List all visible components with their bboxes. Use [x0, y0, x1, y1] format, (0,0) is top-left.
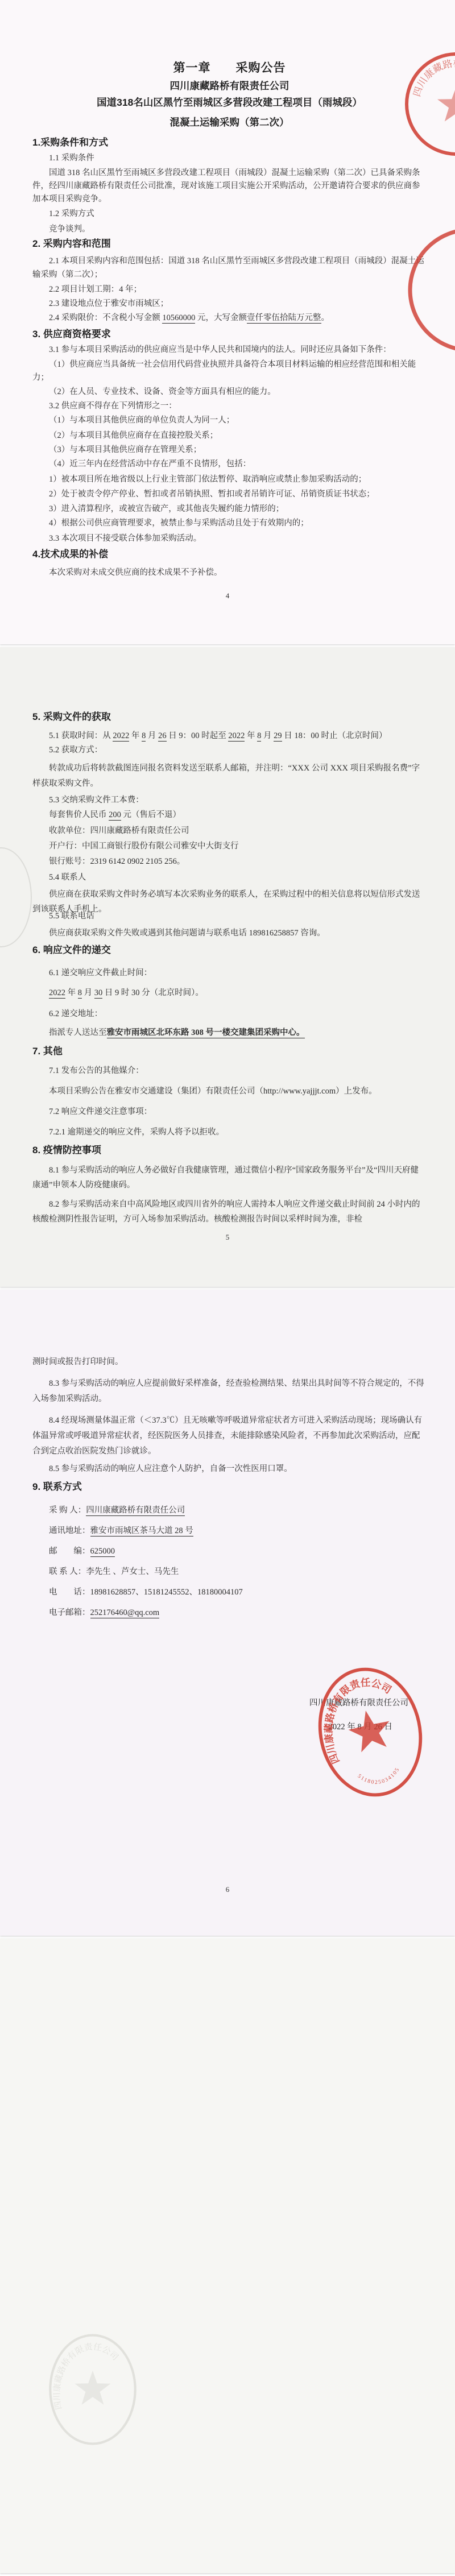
- section-6-heading: 6. 响应文件的递交: [32, 944, 427, 956]
- section-7-2-1-line: 7.2.1 逾期递交的响应文件，采购人将予以拒收。: [32, 1126, 427, 1139]
- section-3-2-item-1: （1）与本项目其他供应商的单位负责人为同一人；: [32, 414, 427, 427]
- page-number-4: 4: [0, 591, 455, 600]
- procurement-subtitle-line: 混凝土运输采购（第二次）: [32, 116, 427, 129]
- contact-label: 联 系 人：: [49, 1567, 86, 1576]
- section-2-3-line: 2.3 建设地点位于雅安市雨城区；: [32, 297, 427, 310]
- project-title-line: 国道318名山区黑竹至雨城区多营段改建工程项目（雨城段）: [32, 96, 427, 109]
- contact-value: 625000: [90, 1547, 115, 1557]
- section-3-heading: 3. 供应商资格要求: [32, 328, 427, 341]
- section-3-2-subitem-1: 1）被本项目所在地省级以上行业主管部门依法暂停、取消响应或禁止参加采购活动的；: [32, 473, 427, 486]
- section-8-5-line: 8.5 参与采购活动的响应人应注意个人防护，自备一次性医用口罩。: [32, 1461, 427, 1477]
- section-8-1-paragraph: 8.1 参与采购活动的响应人务必做好自我健康管理，通过微信小程序“国家政务服务平…: [32, 1163, 427, 1192]
- contact-label: 通讯地址：: [49, 1526, 90, 1535]
- section-5-2-label: 5.2 获取方式：: [32, 744, 427, 757]
- contact-label: 邮 编：: [49, 1547, 90, 1556]
- section-8-4-paragraph: 8.4 经现场测量体温正常（＜37.3℃）且无咳嗽等呼吸道异常症状者方可进入采购…: [32, 1413, 427, 1459]
- chapter-title: 第一章 采购公告: [32, 61, 427, 74]
- submission-address-line: 指派专人送达至雅安市雨城区北环东路 308 号一楼交建集团采购中心。: [32, 1026, 427, 1039]
- section-8-heading: 8. 疫情防控事项: [32, 1144, 427, 1157]
- company-seal-stamp-partial-top: 四川康藏路桥有限责任公司: [403, 50, 455, 158]
- section-3-3-line: 3.3 本次项目不接受联合体参加采购活动。: [32, 532, 427, 545]
- section-7-1-label: 7.1 发布公告的其他媒介：: [32, 1065, 427, 1078]
- section-2-1-paragraph: 2.1 本项目采购内容和范围包括：国道 318 名山区黑竹至雨城区多营段改建工程…: [32, 254, 427, 281]
- section-4-paragraph: 本次采购对未成交供应商的技术成果不予补偿。: [32, 566, 427, 579]
- contact-label: 采 购 人：: [49, 1506, 86, 1515]
- contact-row-address: 通讯地址：雅安市雨城区茶马大道 28 号: [32, 1525, 427, 1538]
- section-3-2-subitem-2: 2）处于被责令停产停业、暂扣或者吊销执照、暂扣或者吊销许可证、吊销资质证书状态；: [32, 488, 427, 501]
- payee-line: 收款单位：四川康藏路桥有限责任公司: [32, 825, 427, 838]
- page-number-5: 5: [0, 1233, 455, 1242]
- svg-text:5118025034105: 5118025034105: [355, 1765, 403, 1790]
- section-1-2-label: 1.2 采购方式: [32, 208, 427, 221]
- contact-row-persons: 联 系 人：李先生 、芦女士、马先生: [32, 1566, 427, 1579]
- contact-label: 电 话：: [49, 1588, 90, 1597]
- section-3-2-subitem-4: 4）根据公司供应商管理要求，被禁止参与采购活动且处于有效期内的；: [32, 517, 427, 530]
- section-3-2-subitem-3: 3）进入清算程序，或被宣告破产，或其他丧失履约能力情形的；: [32, 503, 427, 516]
- section-5-3-label: 5.3 交纳采购文件工本费：: [32, 794, 427, 807]
- submission-deadline-line: 2022 年 8 月 30 日 9 时 30 分（北京时间）。: [32, 987, 427, 1000]
- section-3-2-item-4: （4）近三年内在经营活动中存在严重不良情形，包括：: [32, 458, 427, 471]
- svg-text:四川康藏路桥有限责任公司: 四川康藏路桥有限责任公司: [312, 1671, 407, 1766]
- section-5-1-line: 5.1 获取时间：从 2022 年 8 月 26 日 9：00 时起至 2022…: [32, 730, 427, 743]
- section-1-1-label: 1.1 采购条件: [32, 152, 427, 165]
- section-6-1-label: 6.1 递交响应文件截止时间：: [32, 967, 427, 980]
- ghost-stamp-bleed-left: [0, 847, 32, 947]
- contact-row-postcode: 邮 编：625000: [32, 1545, 427, 1558]
- section-3-2-label: 3.2 供应商不得存在下列情形之一：: [32, 400, 427, 413]
- contact-value: 252176460@qq.com: [90, 1608, 160, 1618]
- section-7-heading: 7. 其他: [32, 1045, 427, 1058]
- section-3-2-item-2: （2）与本项目其他供应商存在直接控股关系；: [32, 429, 427, 442]
- contact-row-phones: 电 话：18981628857、15181245552、18180004107: [32, 1586, 427, 1599]
- section-1-2-text: 竞争谈判。: [32, 223, 427, 236]
- contact-row-purchaser: 采 购 人：四川康藏路桥有限责任公司: [32, 1504, 427, 1517]
- section-5-4-label: 5.4 联系人: [32, 871, 427, 884]
- section-1-heading: 1.采购条件和方式: [32, 136, 427, 149]
- section-9-heading: 9. 联系方式: [32, 1481, 427, 1493]
- contact-value: 雅安市雨城区茶马大道 28 号: [90, 1526, 193, 1537]
- section-8-2-continuation: 测时间或报告打印时间。: [32, 1355, 427, 1370]
- scanned-page-2: 5. 采购文件的获取 5.1 获取时间：从 2022 年 8 月 26 日 9：…: [0, 647, 455, 1287]
- scanned-page-4: 四川康藏路桥有限责任公司: [0, 1939, 455, 2573]
- announcement-media-line: 本项目采购公告在雅安市交通建设（集团）有限责任公司（http://www.yaj…: [32, 1085, 427, 1098]
- contact-value: 李先生 、芦女士、马先生: [86, 1567, 179, 1576]
- section-8-2-paragraph: 8.2 参与采购活动来自中高风险地区或四川省外的响应人需持本人响应文件递交截止时…: [32, 1197, 427, 1227]
- company-seal-stamp: 四川康藏路桥有限责任公司 5118025034105: [302, 1653, 439, 1811]
- contact-row-email: 电子邮箱：252176460@qq.com: [32, 1606, 427, 1620]
- contact-value: 四川康藏路桥有限责任公司: [86, 1506, 185, 1516]
- section-8-3-paragraph: 8.3 参与采购活动的响应人应提前做好采样准备，经查验检测结果、结果出具时间等不…: [32, 1376, 427, 1407]
- section-5-2-paragraph: 转款成功后将转款截图连同报名资料发送至联系人邮箱，并注明：“XXX 公司 XXX…: [32, 761, 427, 792]
- section-6-2-label: 6.2 递交地址：: [32, 1008, 427, 1021]
- section-7-2-label: 7.2 响应文件递交注意事项：: [32, 1105, 427, 1119]
- company-title-line: 四川康藏路桥有限责任公司: [32, 80, 427, 93]
- scanned-page-3: 测时间或报告打印时间。 8.3 参与采购活动的响应人应提前做好采样准备，经查验检…: [0, 1290, 455, 1936]
- contact-value: 18981628857、15181245552、18180004107: [90, 1588, 243, 1597]
- bank-account-line: 银行账号：2319 6142 0902 2105 256。: [32, 855, 427, 868]
- section-4-heading: 4.技术成果的补偿: [32, 548, 427, 561]
- contact-label: 电子邮箱：: [49, 1608, 90, 1617]
- company-seal-stamp-partial-middle: 四川康藏路桥有限责任公司: [405, 225, 455, 355]
- scanned-page-1: 第一章 采购公告 四川康藏路桥有限责任公司 国道318名山区黑竹至雨城区多营段改…: [0, 0, 455, 644]
- section-2-4-line: 2.4 采购限价：不含税小写金额 10560000 元，大写金额壹仟零伍拾陆万元…: [32, 312, 427, 325]
- section-3-1-item-1: （1）供应商应当具备统一社会信用代码营业执照并具备符合本项目材料运输的相应经营范…: [32, 358, 427, 384]
- section-5-5-paragraph: 供应商获取采购文件失败或遇到其他问题请与联系电话 189816258857 咨询…: [32, 927, 427, 940]
- page-number-6: 6: [0, 1885, 455, 1894]
- section-2-2-line: 2.2 项目计划工期：4 年；: [32, 283, 427, 296]
- section-3-1-item-2: （2）在人员、专业技术、设备、资金等方面具有相应的能力。: [32, 386, 427, 399]
- bank-line: 开户行：中国工商银行股份有限公司雅安中大街支行: [32, 840, 427, 853]
- section-3-1-paragraph: 3.1 参与本项目采购活动的供应商应当是中华人民共和国境内的法人。同时还应具备如…: [32, 343, 427, 357]
- ghost-stamp-bleed: 四川康藏路桥有限责任公司: [45, 2321, 140, 2458]
- section-2-heading: 2. 采购内容和范围: [32, 238, 427, 250]
- section-1-1-paragraph: 国道 318 名山区黑竹至雨城区多营段改建工程项目（雨城段）混凝土运输采购（第二…: [32, 167, 427, 206]
- section-3-2-item-3: （3）与本项目其他供应商存在管理关系；: [32, 444, 427, 457]
- section-5-heading: 5. 采购文件的获取: [32, 711, 427, 723]
- section-5-5-label: 5.5 联系电话: [32, 910, 427, 923]
- document-price-line: 每套售价人民币 200 元（售后不退）: [32, 809, 427, 822]
